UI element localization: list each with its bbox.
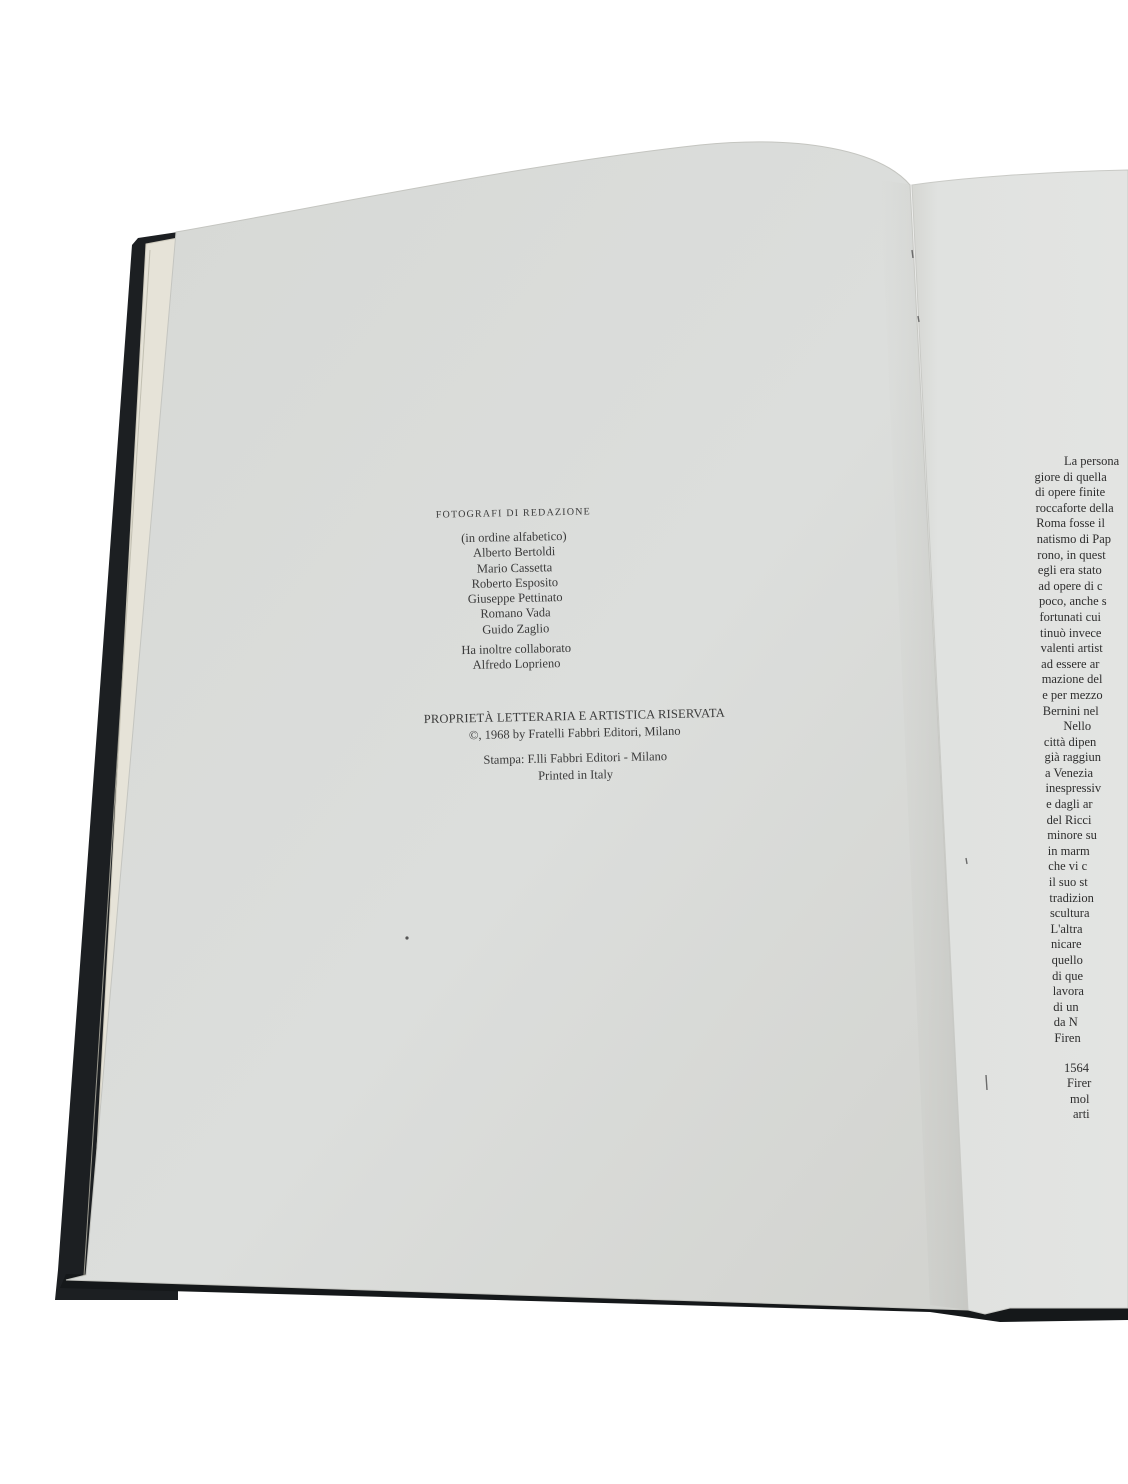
body-text-line: del Ricci [1034, 813, 1128, 829]
body-text-line: ad essere ar [1034, 657, 1128, 673]
body-text-line: tradizion [1034, 891, 1128, 907]
body-text-line: nicare [1034, 937, 1128, 953]
body-text-line: da N [1034, 1015, 1128, 1031]
body-text-line: e dagli ar [1034, 797, 1128, 813]
body-text-line: Bernini nel [1034, 704, 1128, 720]
body-text-line: Nello [1034, 719, 1128, 735]
body-text-line: rono, in quest [1034, 548, 1128, 564]
body-text-line: egli era stato [1034, 563, 1128, 579]
body-text-line: L'altra [1034, 922, 1128, 938]
body-text-line: tinuò invece [1034, 626, 1128, 642]
body-text-line: già raggiun [1034, 750, 1128, 766]
body-text-line: fortunati cui [1034, 610, 1128, 626]
body-text-line: in marm [1034, 844, 1128, 860]
body-text-line: roccaforte della [1034, 501, 1128, 517]
body-text-line: mazione del [1034, 672, 1128, 688]
body-text-line: minore su [1034, 828, 1128, 844]
body-text-line: e per mezzo [1034, 688, 1128, 704]
body-text-line: scultura [1034, 906, 1128, 922]
body-text-line: il suo st [1034, 875, 1128, 891]
photographers-credits: FOTOGRAFI DI REDAZIONE (in ordine alfabe… [398, 506, 631, 675]
body-text-line: di un [1034, 1000, 1128, 1016]
body-text-line: valenti artist [1034, 641, 1128, 657]
right-page-body-text: La personagiore di quelladi opere finite… [1034, 454, 1128, 1123]
body-text-line: di opere finite [1034, 485, 1128, 501]
body-text-line: lavora [1034, 984, 1128, 1000]
body-text-line: a Venezia [1034, 766, 1128, 782]
body-text-line: Firen [1034, 1031, 1128, 1047]
body-text-line: poco, anche s [1034, 594, 1128, 610]
body-text-line: arti [1034, 1107, 1128, 1123]
body-text-line: Roma fosse il [1034, 516, 1128, 532]
body-text-line: natismo di Pap [1034, 532, 1128, 548]
rights-notice: PROPRIETÀ LETTERARIA E ARTISTICA RISERVA… [394, 704, 755, 787]
body-text-line: che vi c [1034, 859, 1128, 875]
body-text-line: inespressiv [1034, 781, 1128, 797]
body-text-line: giore di quella [1034, 470, 1128, 486]
body-text-line: città dipen [1034, 735, 1128, 751]
body-text-line: 1564 [1034, 1061, 1128, 1077]
body-text-line: mol [1034, 1092, 1128, 1108]
body-text-line: quello [1034, 953, 1128, 969]
body-text-line: di que [1034, 969, 1128, 985]
photo-scene: FOTOGRAFI DI REDAZIONE (in ordine alfabe… [0, 0, 1128, 1484]
body-text-line: La persona [1034, 454, 1128, 470]
body-text-line: Firer [1034, 1076, 1128, 1092]
body-text-line: ad opere di c [1034, 579, 1128, 595]
